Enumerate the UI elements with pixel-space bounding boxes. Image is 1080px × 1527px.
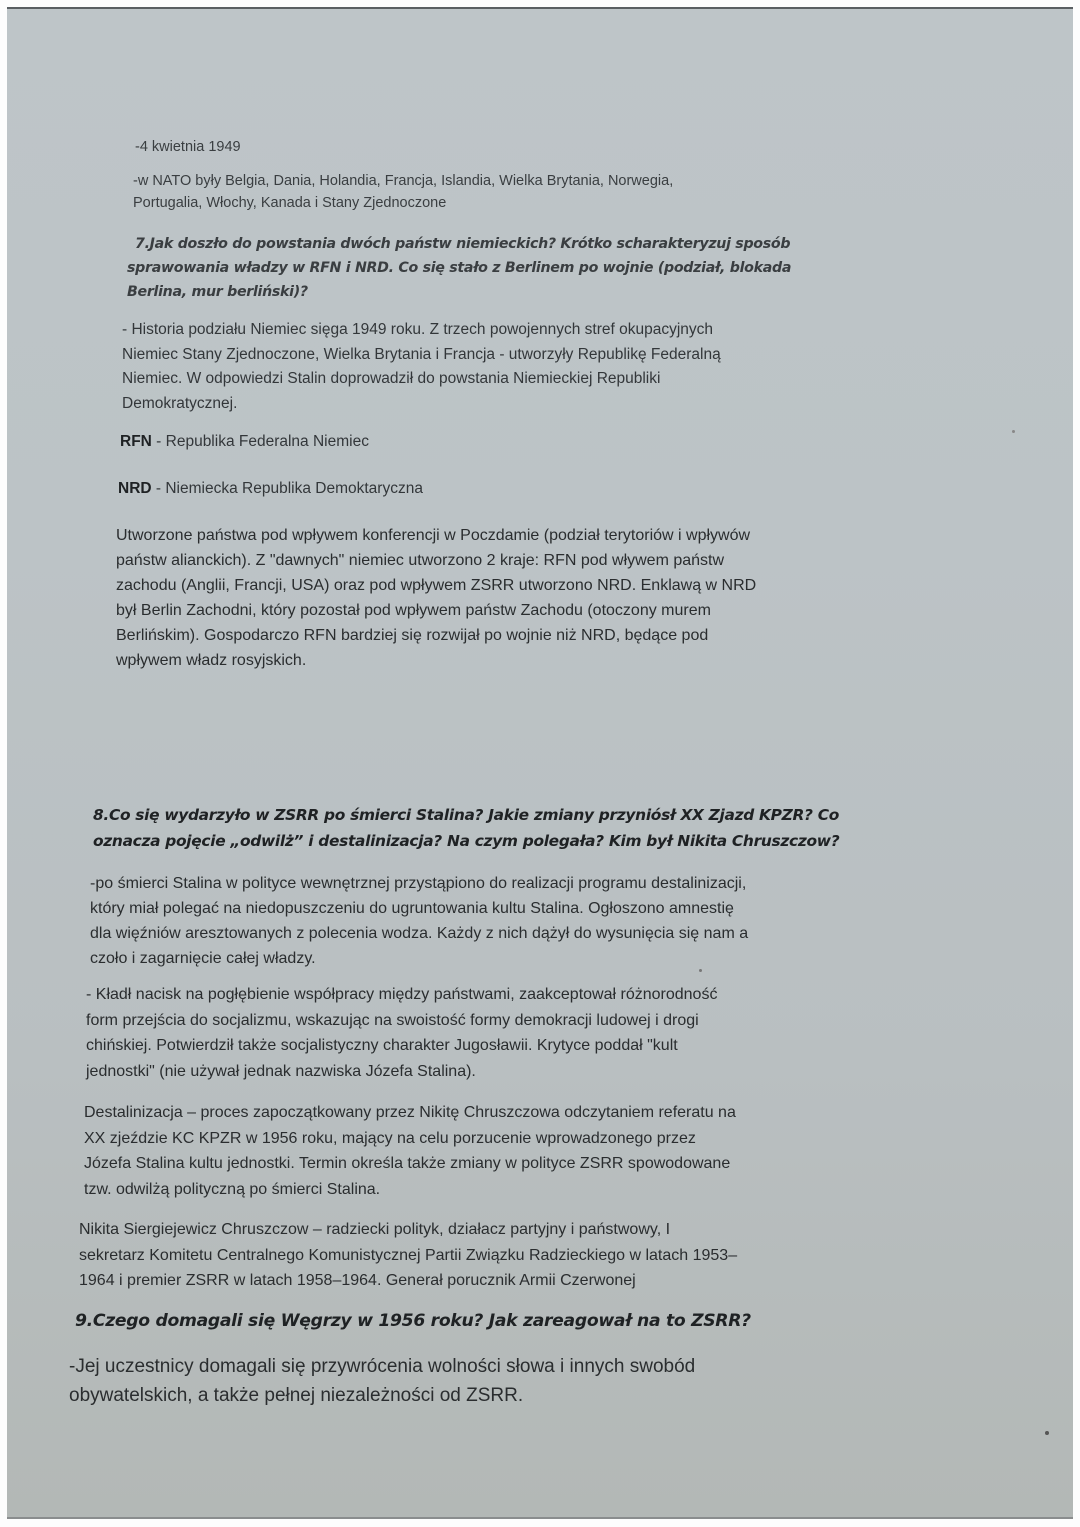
text-line: sekretarz Komitetu Centralnego Komunisty… xyxy=(79,1243,737,1269)
answer-9: -Jej uczestnicy domagali się przywróceni… xyxy=(69,1352,695,1410)
text-line: 7.Jak doszło do powstania dwóch państw n… xyxy=(127,232,791,256)
definition-term: RFN xyxy=(120,433,152,450)
text-line: Berlina, mur berliński)? xyxy=(127,280,791,304)
text-line: Niemiec Stany Zjednoczone, Wielka Brytan… xyxy=(122,343,721,368)
text-line: państw alianckich). Z "dawnych" niemiec … xyxy=(116,548,756,573)
text-line: - Historia podziału Niemiec sięga 1949 r… xyxy=(122,318,721,343)
text-line: -w NATO były Belgia, Dania, Holandia, Fr… xyxy=(133,170,673,192)
text-line: 1964 i premier ZSRR w latach 1958–1964. … xyxy=(79,1268,737,1294)
text-line: Utworzone państwa pod wpływem konferencj… xyxy=(116,523,756,548)
text-line: -4 kwietnia 1949 xyxy=(135,136,241,158)
text-line: form przejścia do socjalizmu, wskazując … xyxy=(86,1008,717,1034)
answer-7-details: Utworzone państwa pod wpływem konferencj… xyxy=(116,523,756,673)
text-line: dla więźniów aresztowanych z polecenia w… xyxy=(90,921,748,946)
text-line: czoło i zagarnięcie całej władzy. xyxy=(90,946,748,971)
text-line: był Berlin Zachodni, który pozostał pod … xyxy=(116,598,756,623)
text-line: -po śmierci Stalina w polityce wewnętrzn… xyxy=(90,871,748,896)
answer-8-destalinization-program: -po śmierci Stalina w polityce wewnętrzn… xyxy=(90,871,748,971)
text-line: wpływem władz rosyjskich. xyxy=(116,648,756,673)
paper-speck xyxy=(699,969,702,972)
definition-text: - Niemiecka Republika Demoktaryczna xyxy=(152,480,423,497)
text-line: tzw. odwilżą polityczną po śmierci Stali… xyxy=(84,1177,736,1203)
text-line: obywatelskich, a także pełnej niezależno… xyxy=(69,1381,695,1410)
definition-rfn: RFN - Republika Federalna Niemiec xyxy=(120,430,369,454)
text-line: Portugalia, Włochy, Kanada i Stany Zjedn… xyxy=(133,192,673,214)
text-line: Nikita Siergiejewicz Chruszczow – radzie… xyxy=(79,1217,737,1243)
text-line: - Kładł nacisk na pogłębienie współpracy… xyxy=(86,982,717,1008)
text-line: oznacza pojęcie „odwilż” i destalinizacj… xyxy=(93,828,839,854)
definition-nrd: NRD - Niemiecka Republika Demoktaryczna xyxy=(118,477,423,501)
answer-8-xx-congress: - Kładł nacisk na pogłębienie współpracy… xyxy=(86,982,717,1084)
text-line: 9.Czego domagali się Węgrzy w 1956 roku?… xyxy=(75,1307,751,1335)
answer-8-khrushchev-bio: Nikita Siergiejewicz Chruszczow – radzie… xyxy=(79,1217,737,1294)
text-line: który miał polegać na niedopuszczeniu do… xyxy=(90,896,748,921)
definition-text: - Republika Federalna Niemiec xyxy=(152,433,369,450)
answer-nato-date: -4 kwietnia 1949 xyxy=(135,136,241,158)
text-line: XX zjeździe KC KPZR w 1956 roku, mający … xyxy=(84,1126,736,1152)
text-line: Niemiec. W odpowiedzi Stalin doprowadził… xyxy=(122,367,721,392)
answer-7-history: - Historia podziału Niemiec sięga 1949 r… xyxy=(122,318,721,416)
question-7: 7.Jak doszło do powstania dwóch państw n… xyxy=(127,232,791,304)
text-line: Destalinizacja – proces zapoczątkowany p… xyxy=(84,1100,736,1126)
paper-speck xyxy=(1045,1431,1049,1435)
text-line: sprawowania władzy w RFN i NRD. Co się s… xyxy=(127,256,791,280)
text-line: zachodu (Anglii, Francji, USA) oraz pod … xyxy=(116,573,756,598)
text-line: chińskiej. Potwierdził także socjalistyc… xyxy=(86,1033,717,1059)
text-line: Demokratycznej. xyxy=(122,392,721,417)
question-9: 9.Czego domagali się Węgrzy w 1956 roku?… xyxy=(75,1307,751,1335)
text-line: Józefa Stalina kultu jednostki. Termin o… xyxy=(84,1151,736,1177)
document-page: -4 kwietnia 1949 -w NATO były Belgia, Da… xyxy=(7,7,1073,1519)
text-line: 8.Co się wydarzyło w ZSRR po śmierci Sta… xyxy=(93,802,839,828)
text-line: -Jej uczestnicy domagali się przywróceni… xyxy=(69,1352,695,1381)
definition-term: NRD xyxy=(118,480,152,497)
question-8: 8.Co się wydarzyło w ZSRR po śmierci Sta… xyxy=(93,802,839,854)
paper-speck xyxy=(1012,430,1015,433)
answer-8-destalinization-definition: Destalinizacja – proces zapoczątkowany p… xyxy=(84,1100,736,1202)
text-line: Berlińskim). Gospodarczo RFN bardziej si… xyxy=(116,623,756,648)
answer-nato-members: -w NATO były Belgia, Dania, Holandia, Fr… xyxy=(133,170,673,214)
text-line: jednostki" (nie używał jednak nazwiska J… xyxy=(86,1059,717,1085)
